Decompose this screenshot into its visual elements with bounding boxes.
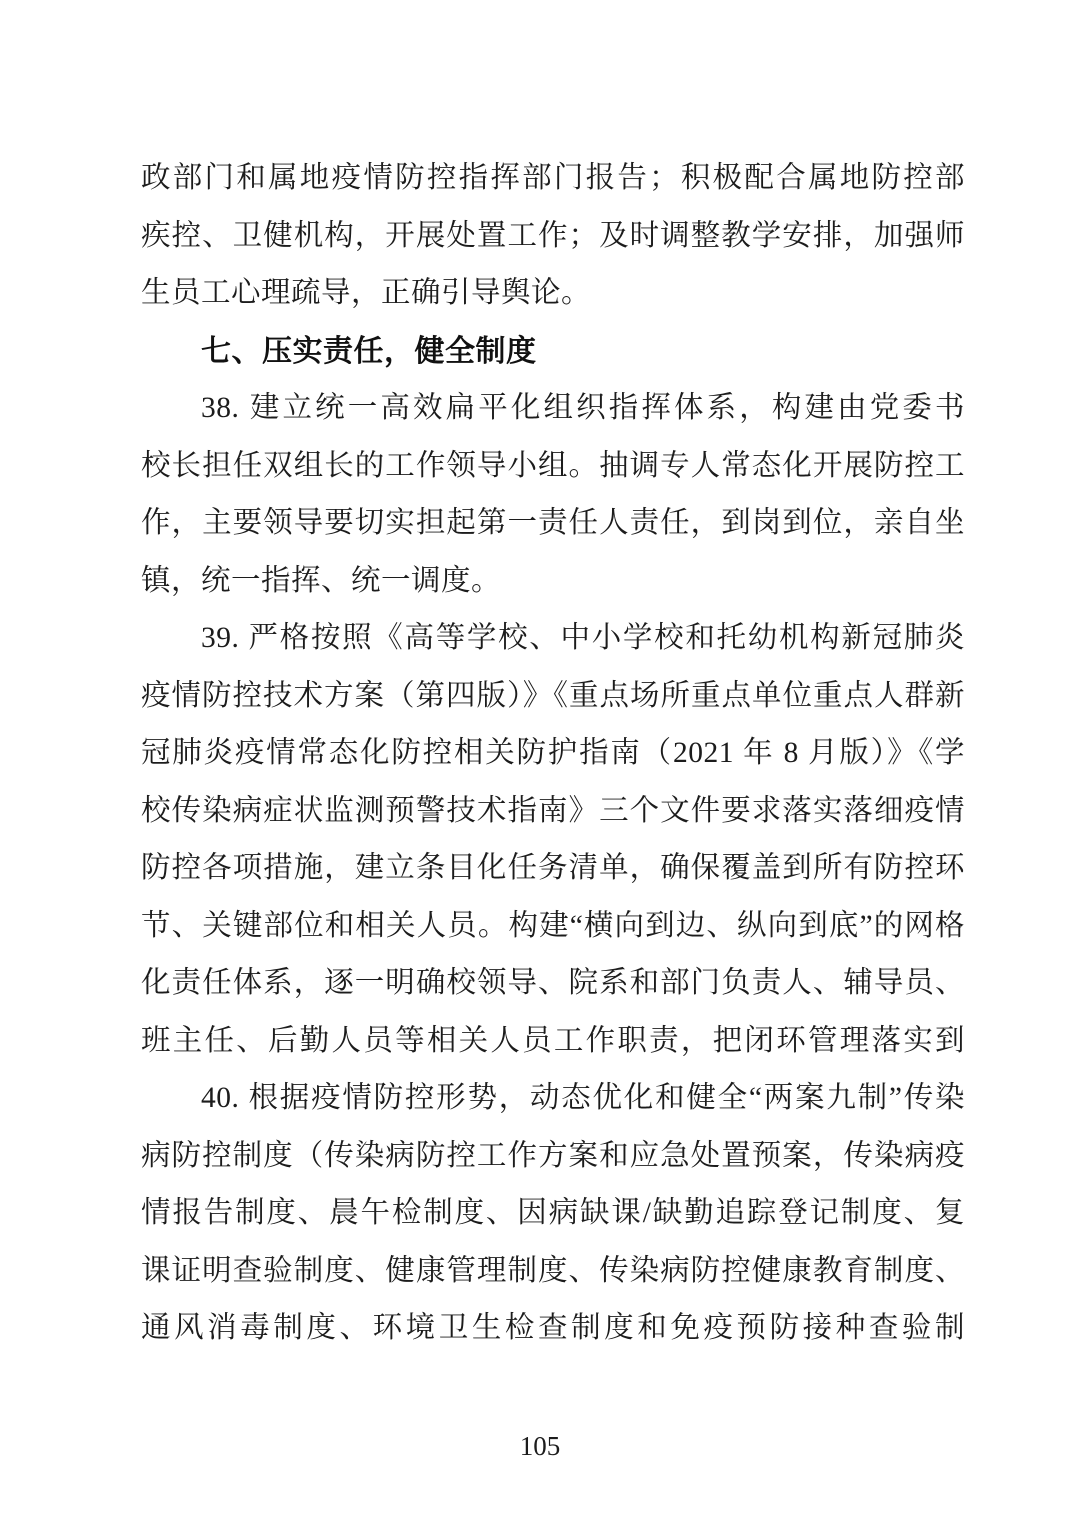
paragraph-line: 镇，统一指挥、统一调度。 <box>141 553 965 611</box>
paragraph-line: 通风消毒制度、环境卫生检查制度和免疫预防接种查验制度）， <box>141 1300 965 1358</box>
paragraph-line: 39. 严格按照《高等学校、中小学校和托幼机构新冠肺炎 <box>141 610 965 668</box>
paragraph-line: 疾控、卫健机构，开展处置工作；及时调整教学安排，加强师 <box>141 208 965 266</box>
paragraph-line: 作，主要领导要切实担起第一责任人责任，到岗到位，亲自坐 <box>141 495 965 553</box>
paragraph-line: 冠肺炎疫情常态化防控相关防护指南（2021 年 8 月版）》《学 <box>141 725 965 783</box>
paragraph-line: 政部门和属地疫情防控指挥部门报告；积极配合属地防控部门、 <box>141 150 965 208</box>
paragraph-line: 40. 根据疫情防控形势，动态优化和健全“两案九制”传染 <box>141 1070 965 1128</box>
paragraph-line: 节、关键部位和相关人员。构建“横向到边、纵向到底”的网格 <box>141 898 965 956</box>
paragraph-line: 生员工心理疏导，正确引导舆论。 <box>141 265 965 323</box>
document-text-block: 政部门和属地疫情防控指挥部门报告；积极配合属地防控部门、 疾控、卫健机构，开展处… <box>141 150 965 1358</box>
paragraph-line: 病防控制度（传染病防控工作方案和应急处置预案，传染病疫 <box>141 1128 965 1186</box>
paragraph-line: 班主任、后勤人员等相关人员工作职责，把闭环管理落实到位。 <box>141 1013 965 1071</box>
section-heading: 七、压实责任，健全制度 <box>141 323 965 381</box>
paragraph-line: 校长担任双组长的工作领导小组。抽调专人常态化开展防控工 <box>141 438 965 496</box>
paragraph-line: 防控各项措施，建立条目化任务清单，确保覆盖到所有防控环 <box>141 840 965 898</box>
paragraph-line: 38. 建立统一高效扁平化组织指挥体系，构建由党委书记、 <box>141 380 965 438</box>
paragraph-line: 情报告制度、晨午检制度、因病缺课/缺勤追踪登记制度、复 <box>141 1185 965 1243</box>
page-number: 105 <box>0 1426 1080 1466</box>
paragraph-line: 课证明查验制度、健康管理制度、传染病防控健康教育制度、 <box>141 1243 965 1301</box>
paragraph-line: 疫情防控技术方案（第四版）》《重点场所重点单位重点人群新 <box>141 668 965 726</box>
document-page: 政部门和属地疫情防控指挥部门报告；积极配合属地防控部门、 疾控、卫健机构，开展处… <box>0 0 1080 1527</box>
paragraph-line: 化责任体系，逐一明确校领导、院系和部门负责人、辅导员、 <box>141 955 965 1013</box>
paragraph-line: 校传染病症状监测预警技术指南》三个文件要求落实落细疫情 <box>141 783 965 841</box>
